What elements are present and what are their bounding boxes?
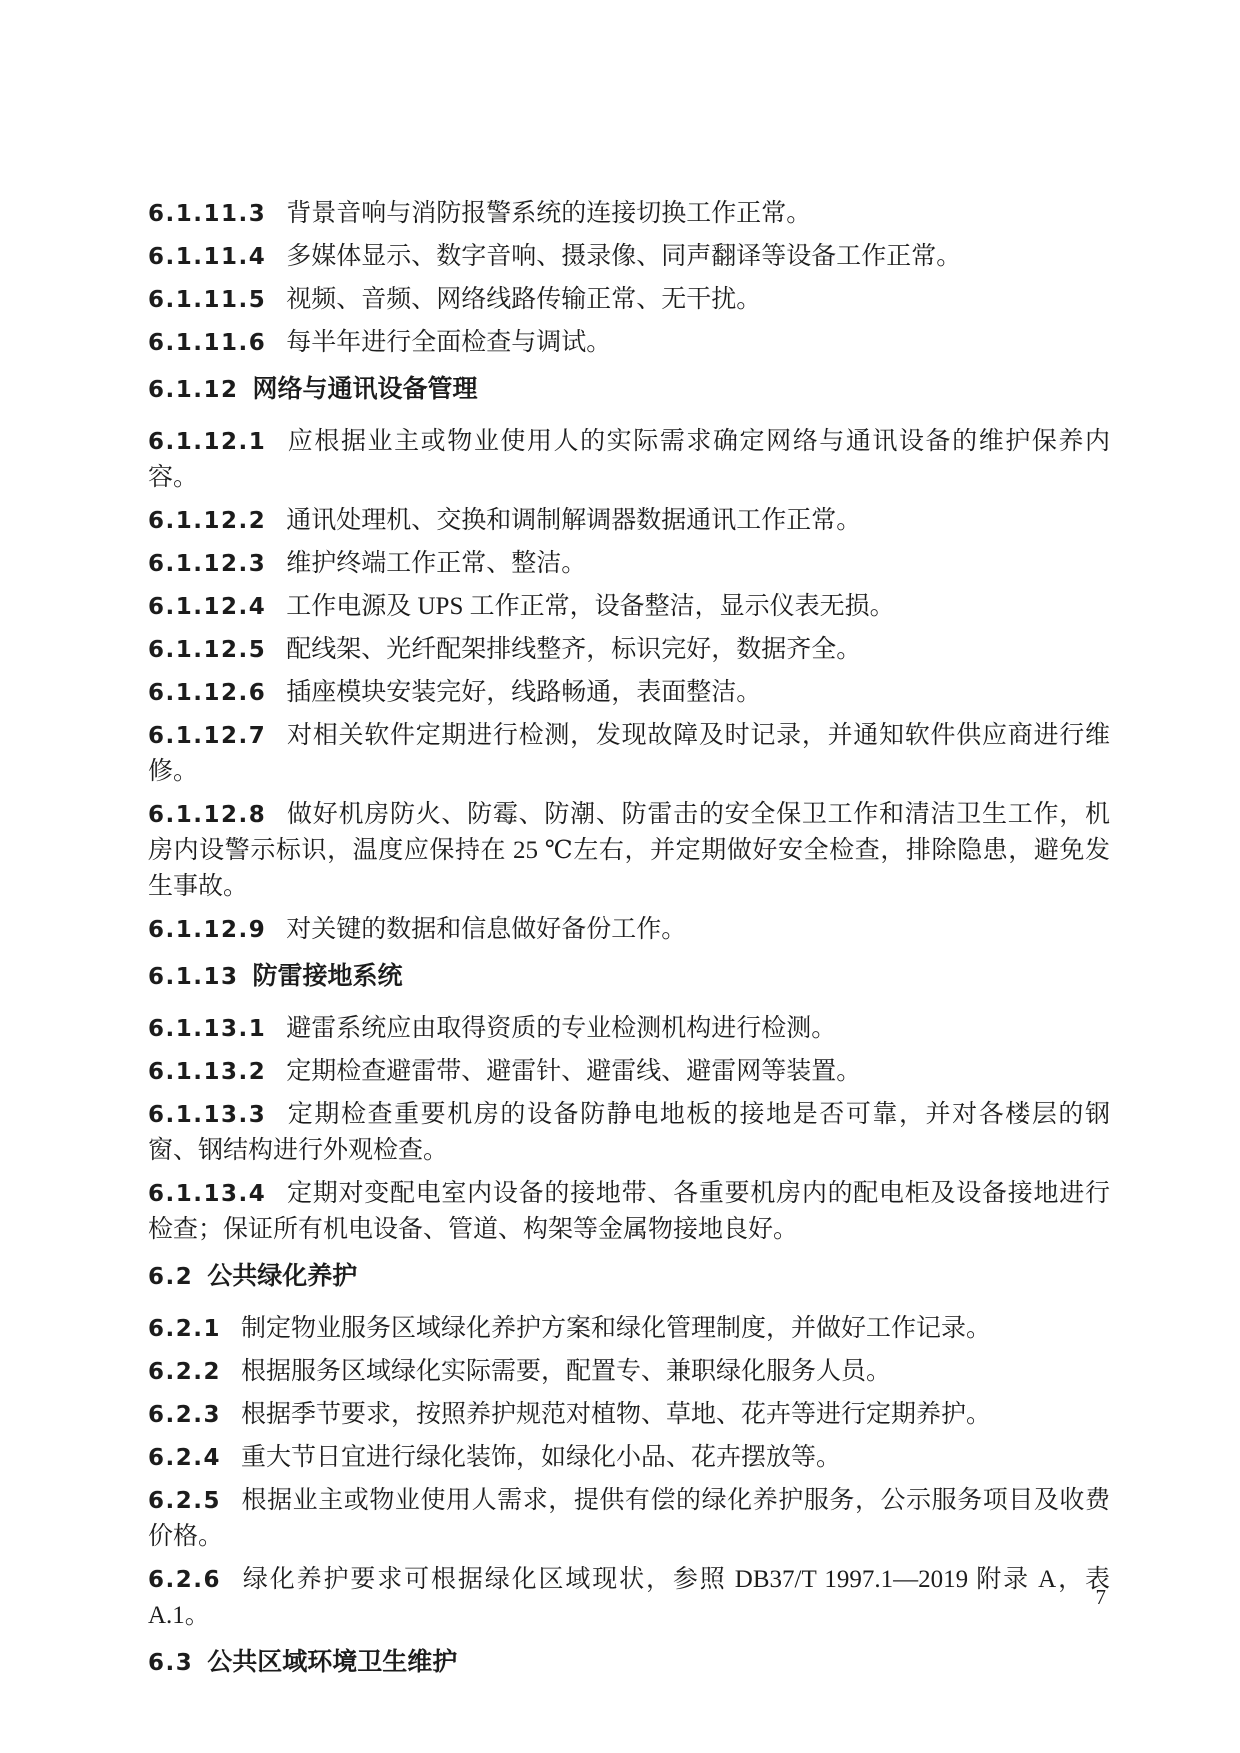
clause-number: 6.2.6 <box>148 1567 221 1593</box>
section-number: 6.2 <box>148 1264 193 1290</box>
section-title: 公共绿化养护 <box>207 1261 357 1290</box>
document-page: 6.1.11.3背景音响与消防报警系统的连接切换工作正常。 6.1.11.4多媒… <box>0 0 1240 1753</box>
section-title: 网络与通讯设备管理 <box>253 374 478 403</box>
clause-number: 6.1.11.4 <box>148 244 266 270</box>
clause-6-1-13-1: 6.1.13.1避雷系统应由取得资质的专业检测机构进行检测。 <box>148 1011 1110 1047</box>
clause-text: 根据服务区域绿化实际需要，配置专、兼职绿化服务人员。 <box>241 1358 891 1385</box>
clause-number: 6.1.13.3 <box>148 1102 266 1128</box>
section-heading-6-1-13: 6.1.13防雷接地系统 <box>148 958 1110 995</box>
clause-6-2-1: 6.2.1制定物业服务区域绿化养护方案和绿化管理制度，并做好工作记录。 <box>148 1311 1110 1347</box>
clause-text: 定期检查避雷带、避雷针、避雷线、避雷网等装置。 <box>286 1058 861 1085</box>
clause-number: 6.2.5 <box>148 1488 221 1514</box>
clause-number: 6.1.13.1 <box>148 1016 266 1042</box>
clause-6-1-12-5: 6.1.12.5配线架、光纤配架排线整齐，标识完好，数据齐全。 <box>148 632 1110 668</box>
clause-text: 应根据业主或物业使用人的实际需求确定网络与通讯设备的维护保养内容。 <box>148 428 1110 491</box>
clause-6-1-11-4: 6.1.11.4多媒体显示、数字音响、摄录像、同声翻译等设备工作正常。 <box>148 239 1110 275</box>
clause-number: 6.2.2 <box>148 1359 221 1385</box>
section-number: 6.1.12 <box>148 377 239 403</box>
clause-6-2-5: 6.2.5根据业主或物业使用人需求，提供有偿的绿化养护服务，公示服务项目及收费价… <box>148 1483 1110 1555</box>
clause-text: 根据季节要求，按照养护规范对植物、草地、花卉等进行定期养护。 <box>241 1401 991 1428</box>
clause-text: 制定物业服务区域绿化养护方案和绿化管理制度，并做好工作记录。 <box>241 1315 991 1342</box>
clause-number: 6.1.12.4 <box>148 594 266 620</box>
section-title: 公共区域环境卫生维护 <box>207 1647 457 1676</box>
clause-6-1-13-2: 6.1.13.2定期检查避雷带、避雷针、避雷线、避雷网等装置。 <box>148 1054 1110 1090</box>
clause-6-1-12-3: 6.1.12.3维护终端工作正常、整洁。 <box>148 546 1110 582</box>
clause-6-1-12-7: 6.1.12.7对相关软件定期进行检测，发现故障及时记录，并通知软件供应商进行维… <box>148 718 1110 790</box>
section-number: 6.1.13 <box>148 964 239 990</box>
clause-6-1-13-4: 6.1.13.4定期对变配电室内设备的接地带、各重要机房内的配电柜及设备接地进行… <box>148 1176 1110 1248</box>
clause-number: 6.1.12.6 <box>148 680 266 706</box>
clause-6-1-13-3: 6.1.13.3定期检查重要机房的设备防静电地板的接地是否可靠，并对各楼层的钢窗… <box>148 1097 1110 1169</box>
clause-text: 避雷系统应由取得资质的专业检测机构进行检测。 <box>286 1015 836 1042</box>
clause-6-1-11-5: 6.1.11.5视频、音频、网络线路传输正常、无干扰。 <box>148 282 1110 318</box>
clause-number: 6.1.11.3 <box>148 201 266 227</box>
clause-number: 6.2.1 <box>148 1316 221 1342</box>
clause-text: 通讯处理机、交换和调制解调器数据通讯工作正常。 <box>286 507 861 534</box>
clause-text: 配线架、光纤配架排线整齐，标识完好，数据齐全。 <box>286 636 861 663</box>
clause-text: 绿化养护要求可根据绿化区域现状，参照 DB37/T 1997.1—2019 附录… <box>148 1566 1110 1629</box>
clause-6-1-12-6: 6.1.12.6插座模块安装完好，线路畅通，表面整洁。 <box>148 675 1110 711</box>
section-heading-6-1-12: 6.1.12网络与通讯设备管理 <box>148 371 1110 408</box>
clause-6-2-6: 6.2.6绿化养护要求可根据绿化区域现状，参照 DB37/T 1997.1—20… <box>148 1562 1110 1634</box>
clause-number: 6.1.12.3 <box>148 551 266 577</box>
clause-6-1-11-6: 6.1.11.6每半年进行全面检查与调试。 <box>148 325 1110 361</box>
clause-text: 工作电源及 UPS 工作正常，设备整洁，显示仪表无损。 <box>286 593 894 620</box>
section-number: 6.3 <box>148 1650 193 1676</box>
clause-text: 多媒体显示、数字音响、摄录像、同声翻译等设备工作正常。 <box>286 243 961 270</box>
page-number: 7 <box>1096 1583 1107 1611</box>
clause-text: 视频、音频、网络线路传输正常、无干扰。 <box>286 286 761 313</box>
clause-text: 对关键的数据和信息做好备份工作。 <box>286 916 686 943</box>
clause-text: 做好机房防火、防霉、防潮、防雷击的安全保卫工作和清洁卫生工作，机房内设警示标识，… <box>148 801 1110 900</box>
section-title: 防雷接地系统 <box>253 961 403 990</box>
clause-number: 6.1.12.9 <box>148 917 266 943</box>
clause-number: 6.1.12.5 <box>148 637 266 663</box>
section-heading-6-2: 6.2公共绿化养护 <box>148 1258 1110 1295</box>
clause-text: 对相关软件定期进行检测，发现故障及时记录，并通知软件供应商进行维修。 <box>148 722 1110 785</box>
clause-text: 根据业主或物业使用人需求，提供有偿的绿化养护服务，公示服务项目及收费价格。 <box>148 1487 1110 1550</box>
clause-number: 6.1.12.2 <box>148 508 266 534</box>
clause-number: 6.1.12.7 <box>148 723 266 749</box>
clause-6-1-12-1: 6.1.12.1应根据业主或物业使用人的实际需求确定网络与通讯设备的维护保养内容… <box>148 424 1110 496</box>
clause-6-1-12-2: 6.1.12.2通讯处理机、交换和调制解调器数据通讯工作正常。 <box>148 503 1110 539</box>
clause-number: 6.2.3 <box>148 1402 221 1428</box>
clause-text: 每半年进行全面检查与调试。 <box>286 329 611 356</box>
clause-6-1-12-9: 6.1.12.9对关键的数据和信息做好备份工作。 <box>148 912 1110 948</box>
clause-number: 6.2.4 <box>148 1445 221 1471</box>
clause-number: 6.1.11.5 <box>148 287 266 313</box>
clause-number: 6.1.13.4 <box>148 1181 266 1207</box>
clause-text: 重大节日宜进行绿化装饰，如绿化小品、花卉摆放等。 <box>241 1444 841 1471</box>
clause-text: 维护终端工作正常、整洁。 <box>286 550 586 577</box>
section-heading-6-3: 6.3公共区域环境卫生维护 <box>148 1644 1110 1681</box>
clause-number: 6.1.11.6 <box>148 330 266 356</box>
document-content: 6.1.11.3背景音响与消防报警系统的连接切换工作正常。 6.1.11.4多媒… <box>148 196 1110 1697</box>
clause-6-1-12-4: 6.1.12.4工作电源及 UPS 工作正常，设备整洁，显示仪表无损。 <box>148 589 1110 625</box>
clause-6-2-2: 6.2.2根据服务区域绿化实际需要，配置专、兼职绿化服务人员。 <box>148 1354 1110 1390</box>
clause-text: 背景音响与消防报警系统的连接切换工作正常。 <box>286 200 811 227</box>
clause-6-2-4: 6.2.4重大节日宜进行绿化装饰，如绿化小品、花卉摆放等。 <box>148 1440 1110 1476</box>
clause-text: 定期检查重要机房的设备防静电地板的接地是否可靠，并对各楼层的钢窗、钢结构进行外观… <box>148 1101 1110 1164</box>
clause-6-1-11-3: 6.1.11.3背景音响与消防报警系统的连接切换工作正常。 <box>148 196 1110 232</box>
clause-number: 6.1.12.1 <box>148 429 266 455</box>
clause-number: 6.1.13.2 <box>148 1059 266 1085</box>
clause-text: 定期对变配电室内设备的接地带、各重要机房内的配电柜及设备接地进行检查；保证所有机… <box>148 1180 1110 1243</box>
clause-number: 6.1.12.8 <box>148 802 266 828</box>
clause-text: 插座模块安装完好，线路畅通，表面整洁。 <box>286 679 761 706</box>
clause-6-1-12-8: 6.1.12.8做好机房防火、防霉、防潮、防雷击的安全保卫工作和清洁卫生工作，机… <box>148 797 1110 905</box>
clause-6-2-3: 6.2.3根据季节要求，按照养护规范对植物、草地、花卉等进行定期养护。 <box>148 1397 1110 1433</box>
